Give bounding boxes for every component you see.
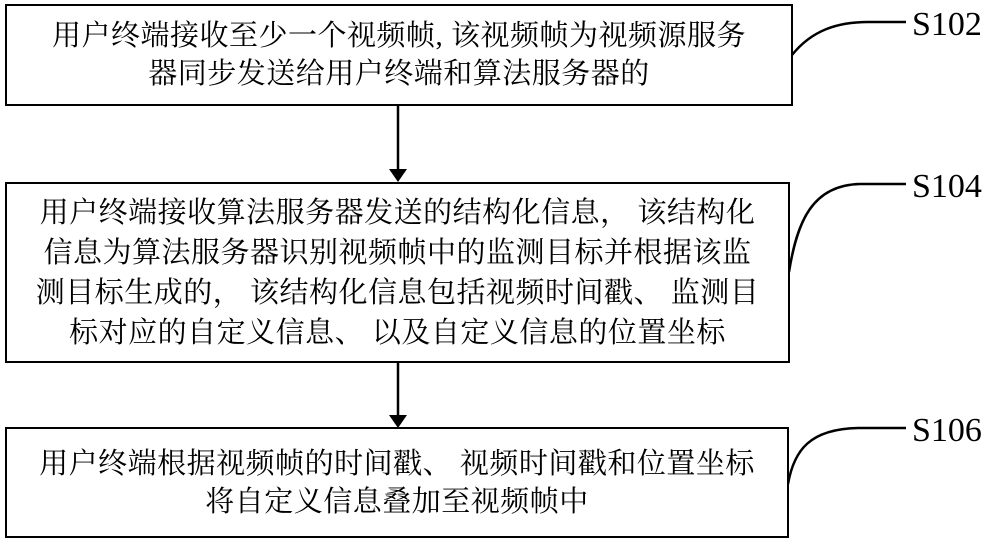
leader-line-s104: [789, 184, 906, 272]
flowchart-figure: 用户终端接收至少一个视频帧, 该视频帧为视频源服务 器同步发送给用户终端和算法服…: [0, 0, 1000, 547]
step-label-s104: S104: [912, 168, 982, 206]
step-label-s106: S106: [912, 412, 982, 450]
flowchart-step-s106: 用户终端根据视频帧的时间戳、 视频时间戳和位置坐标 将自定义信息叠加至视频帧中: [5, 427, 789, 538]
leader-line-s106: [788, 428, 906, 484]
step-label-s102: S102: [912, 6, 982, 44]
arrow-head-icon: [389, 169, 407, 182]
flowchart-step-s102: 用户终端接收至少一个视频帧, 该视频帧为视频源服务 器同步发送给用户终端和算法服…: [5, 4, 793, 106]
leader-line-s102: [792, 22, 906, 55]
flowchart-step-s104: 用户终端接收算法服务器发送的结构化信息， 该结构化 信息为算法服务器识别视频帧中…: [5, 182, 790, 363]
